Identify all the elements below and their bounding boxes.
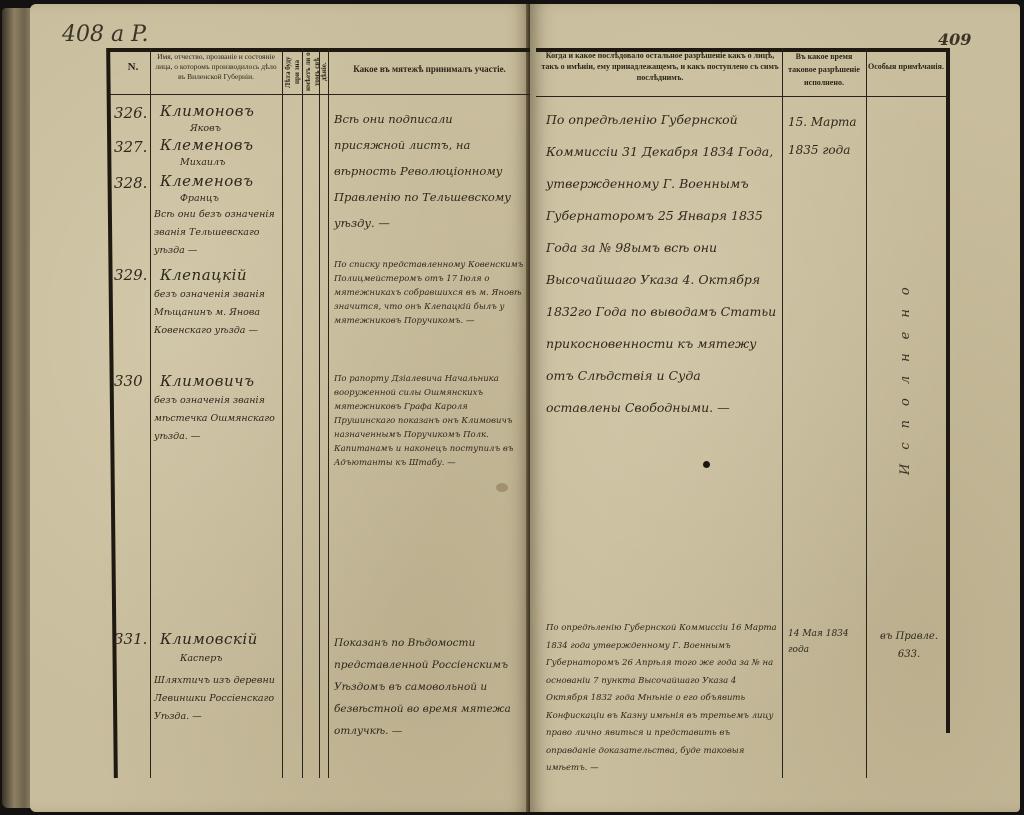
col-divider-5 <box>328 48 329 778</box>
header-rotated-1: Лѣта буду при зна <box>284 52 302 92</box>
person-note: безъ означенія званія Мѣщанинъ м. Янова … <box>154 286 282 340</box>
entry-number: 328. <box>114 174 147 192</box>
person-surname: Клепацкій <box>160 266 247 284</box>
participation-text: Показанъ по Вѣдомости представленной Рос… <box>334 632 524 742</box>
participation-text: Всѣ они подписали присяжной листъ, на вѣ… <box>334 106 524 236</box>
header-person: Имя, отчество, прозваніе и состояніе лиц… <box>152 52 280 82</box>
participation-text: По рапорту Дзіалевича Начальника вооруже… <box>334 372 524 470</box>
left-page-number: 408 a P. <box>62 22 148 47</box>
header-rotated-3: дѣніе. <box>320 52 329 92</box>
right-page-number: 409 <box>938 30 971 49</box>
executed-date: 15. Марта 1835 года <box>788 108 862 164</box>
participation-text: По списку представленному Ковенскимъ Пол… <box>334 258 524 328</box>
person-note: безъ означенія званія мѣстечка Ошмянскаг… <box>154 392 282 446</box>
header-participation: Какое въ мятежѣ принималъ участіе. <box>332 64 527 75</box>
entry-number: 329. <box>114 266 147 284</box>
entry-number: 330 <box>114 372 143 390</box>
col-divider-1 <box>150 48 151 778</box>
entry-number: 331. <box>114 630 147 648</box>
right-header-rule <box>536 96 950 97</box>
header-resolution: Когда и какое послѣдовало остальное разр… <box>540 50 780 83</box>
person-surname: Климовскій <box>160 630 258 648</box>
notes-text: въ Правле. 633. <box>870 628 948 664</box>
person-surname: Клеменовъ <box>160 172 254 190</box>
ink-blot <box>703 461 710 468</box>
col-divider-7 <box>866 48 867 778</box>
notes-vertical: Исполнено <box>898 115 913 475</box>
paper-stain <box>496 483 508 492</box>
col-divider-3 <box>302 48 303 778</box>
header-executed: Въ какое время таковое разрѣшеніе исполн… <box>784 50 864 89</box>
col-divider-2 <box>282 48 283 778</box>
person-given-name: Касперъ <box>180 650 223 668</box>
entry-number: 326. <box>114 104 147 122</box>
person-given-name: Михаилъ <box>180 154 225 172</box>
col-divider-6 <box>782 48 783 778</box>
person-surname: Климоновъ <box>160 102 254 120</box>
resolution-text: По опредѣленію Губернской Коммиссіи 16 М… <box>546 620 778 778</box>
col-divider-4 <box>319 48 320 778</box>
person-note: Шляхтичъ изъ деревни Левиншки Россіенска… <box>154 672 282 726</box>
executed-date: 14 Мая 1834 года <box>788 626 864 658</box>
left-header-rule <box>110 94 530 95</box>
person-surname: Клеменовъ <box>160 136 254 154</box>
entry-number: 327. <box>114 138 147 156</box>
resolution-text: По опредѣленію Губернской Коммиссіи 31 Д… <box>546 104 778 424</box>
header-no: N. <box>118 62 148 73</box>
person-note: Всѣ они безъ означенія званія Тельшевска… <box>154 206 282 260</box>
person-surname: Климовичъ <box>160 372 255 390</box>
header-notes: Особыя примѣчанія. <box>868 60 944 73</box>
